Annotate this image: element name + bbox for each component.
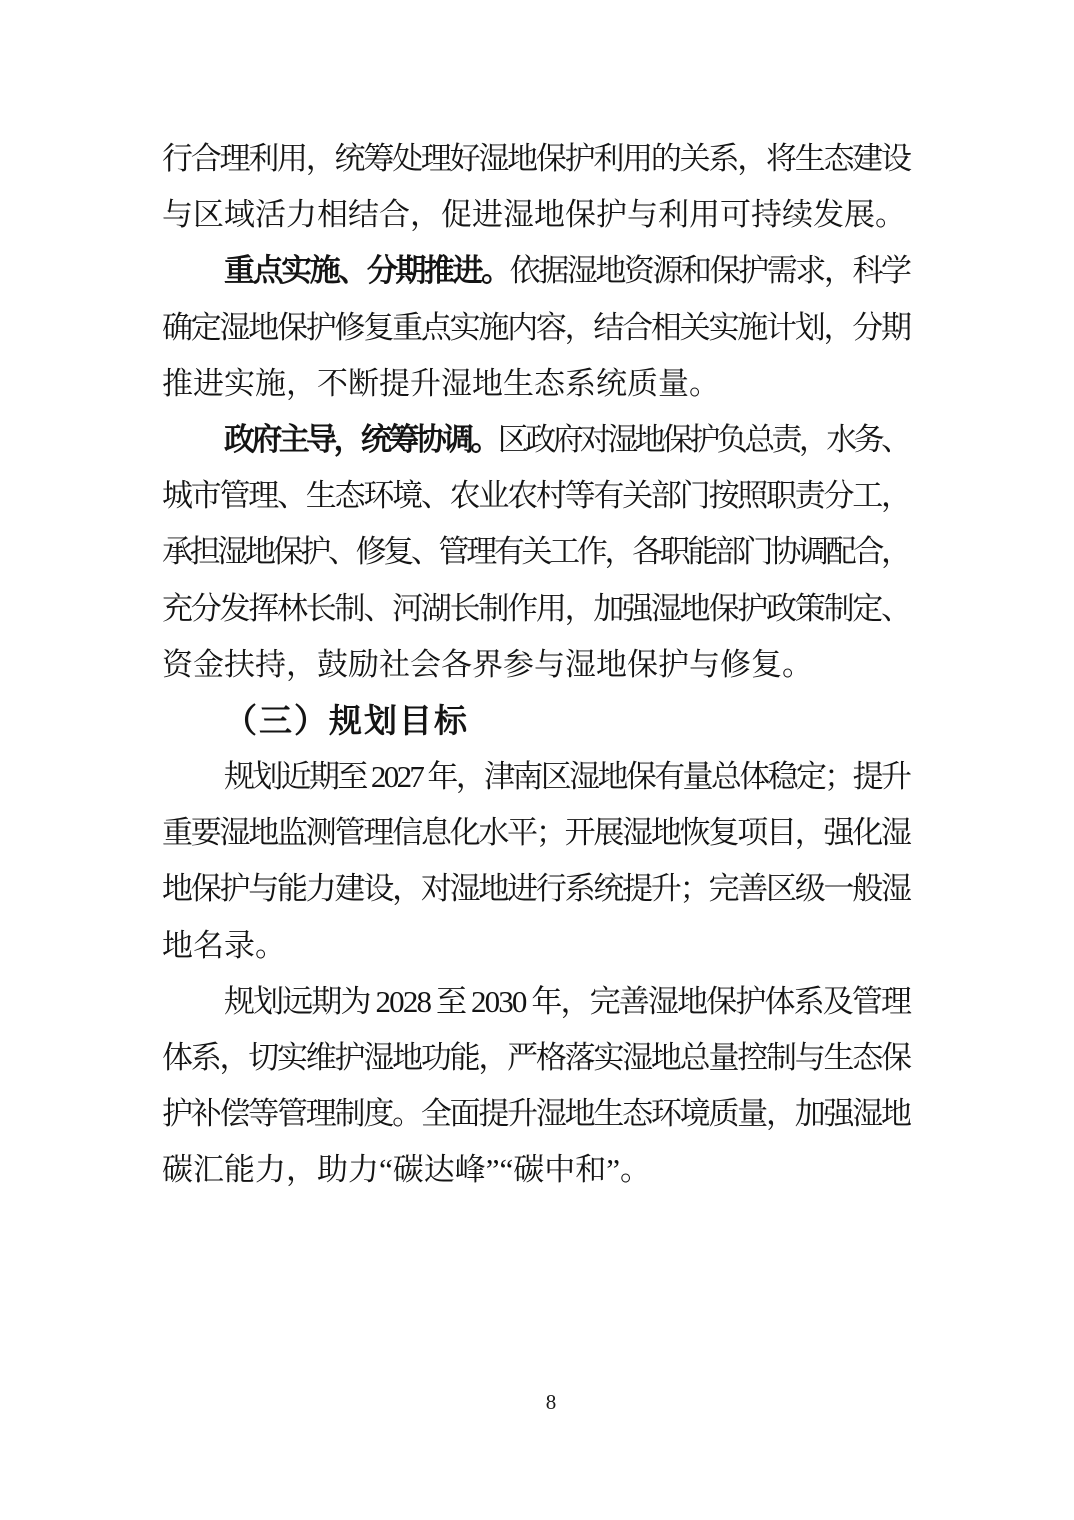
text-line: 重要湿地监测管理信息化水平；开展湿地恢复项目，强化湿 xyxy=(162,805,912,861)
text-line: 城市管理、生态环境、农业农村等有关部门按照职责分工， xyxy=(162,468,912,524)
body-text-segment: 体系，切实维护湿地功能，严格落实湿地总量控制与生态保 xyxy=(162,1040,910,1075)
line-text: 地名录。 xyxy=(162,928,286,963)
line-text: 规划远期为 2028 至 2030 年，完善湿地保护体系及管理 xyxy=(224,984,910,1019)
line-text: 城市管理、生态环境、农业农村等有关部门按照职责分工， xyxy=(162,478,910,513)
text-line: 充分发挥林长制、河湖长制作用，加强湿地保护政策制定、 xyxy=(162,581,912,637)
body-text-segment: 充分发挥林长制、河湖长制作用，加强湿地保护政策制定、 xyxy=(162,591,910,626)
body-text-segment: 护补偿等管理制度。全面提升湿地生态环境质量，加强湿地 xyxy=(162,1096,910,1131)
page-footer: 8 xyxy=(0,1390,1074,1415)
line-text: 护补偿等管理制度。全面提升湿地生态环境质量，加强湿地 xyxy=(162,1096,910,1131)
body-text-segment: 区政府对湿地保护负总责，水务、 xyxy=(498,422,909,457)
page-number: 8 xyxy=(546,1390,557,1415)
text-line: 地名录。 xyxy=(162,918,912,974)
text-line: 碳汇能力，助力“碳达峰”“碳中和”。 xyxy=(162,1142,912,1198)
document-page: 行合理利用，统筹处理好湿地保护利用的关系，将生态建设与区域活力相结合，促进湿地保… xyxy=(0,0,1074,1520)
body-text-segment: 地保护与能力建设，对湿地进行系统提升；完善区级一般湿 xyxy=(162,871,910,906)
text-line: 规划远期为 2028 至 2030 年，完善湿地保护体系及管理 xyxy=(162,974,912,1030)
text-line: 行合理利用，统筹处理好湿地保护利用的关系，将生态建设 xyxy=(162,131,912,187)
line-text: 规划近期至 2027 年，津南区湿地保有量总体稳定；提升 xyxy=(224,759,909,794)
text-line: 资金扶持，鼓励社会各界参与湿地保护与修复。 xyxy=(162,637,912,693)
line-text: 充分发挥林长制、河湖长制作用，加强湿地保护政策制定、 xyxy=(162,591,910,626)
line-text: 政府主导，统筹协调。区政府对湿地保护负总责，水务、 xyxy=(224,422,908,457)
body-text-segment: 与区域活力相结合，促进湿地保护与利用可持续发展。 xyxy=(162,197,906,232)
body-text-segment: 规划近期至 2027 年，津南区湿地保有量总体稳定；提升 xyxy=(224,759,909,794)
emphasis-text: 重点实施、分期推进。 xyxy=(224,253,510,288)
line-text: 碳汇能力，助力“碳达峰”“碳中和”。 xyxy=(162,1152,651,1187)
emphasis-text: （三）规划目标 xyxy=(224,702,469,739)
emphasis-text: 政府主导，统筹协调。 xyxy=(224,422,498,457)
body-text-segment: 确定湿地保护修复重点实施内容，结合相关实施计划，分期 xyxy=(162,310,910,345)
text-line: 承担湿地保护、修复、管理有关工作，各职能部门协调配合， xyxy=(162,524,912,580)
text-line: 重点实施、分期推进。依据湿地资源和保护需求，科学 xyxy=(162,243,912,299)
document-body: 行合理利用，统筹处理好湿地保护利用的关系，将生态建设与区域活力相结合，促进湿地保… xyxy=(162,131,912,1199)
body-text-segment: 重要湿地监测管理信息化水平；开展湿地恢复项目，强化湿 xyxy=(162,815,910,850)
section-heading: （三）规划目标 xyxy=(162,693,912,749)
line-text: 与区域活力相结合，促进湿地保护与利用可持续发展。 xyxy=(162,197,906,232)
body-text-segment: 碳汇能力，助力“碳达峰”“碳中和”。 xyxy=(162,1152,651,1187)
line-text: （三）规划目标 xyxy=(224,704,469,739)
text-line: 地保护与能力建设，对湿地进行系统提升；完善区级一般湿 xyxy=(162,861,912,917)
line-text: 重要湿地监测管理信息化水平；开展湿地恢复项目，强化湿 xyxy=(162,815,910,850)
line-text: 推进实施，不断提升湿地生态系统质量。 xyxy=(162,366,720,401)
text-line: 护补偿等管理制度。全面提升湿地生态环境质量，加强湿地 xyxy=(162,1086,912,1142)
line-text: 承担湿地保护、修复、管理有关工作，各职能部门协调配合， xyxy=(162,534,909,569)
body-text-segment: 依据湿地资源和保护需求，科学 xyxy=(510,253,910,288)
body-text-segment: 推进实施，不断提升湿地生态系统质量。 xyxy=(162,366,720,401)
line-text: 重点实施、分期推进。依据湿地资源和保护需求，科学 xyxy=(224,253,910,288)
text-line: 与区域活力相结合，促进湿地保护与利用可持续发展。 xyxy=(162,187,912,243)
body-text-segment: 承担湿地保护、修复、管理有关工作，各职能部门协调配合， xyxy=(162,534,909,569)
text-line: 推进实施，不断提升湿地生态系统质量。 xyxy=(162,356,912,412)
body-text-segment: 地名录。 xyxy=(162,928,286,963)
text-line: 体系，切实维护湿地功能，严格落实湿地总量控制与生态保 xyxy=(162,1030,912,1086)
line-text: 地保护与能力建设，对湿地进行系统提升；完善区级一般湿 xyxy=(162,871,910,906)
line-text: 行合理利用，统筹处理好湿地保护利用的关系，将生态建设 xyxy=(162,141,910,176)
body-text-segment: 规划远期为 2028 至 2030 年，完善湿地保护体系及管理 xyxy=(224,984,910,1019)
text-line: 政府主导，统筹协调。区政府对湿地保护负总责，水务、 xyxy=(162,412,912,468)
body-text-segment: 资金扶持，鼓励社会各界参与湿地保护与修复。 xyxy=(162,647,813,682)
line-text: 确定湿地保护修复重点实施内容，结合相关实施计划，分期 xyxy=(162,310,910,345)
body-text-segment: 城市管理、生态环境、农业农村等有关部门按照职责分工， xyxy=(162,478,910,513)
text-line: 规划近期至 2027 年，津南区湿地保有量总体稳定；提升 xyxy=(162,749,912,805)
body-text-segment: 行合理利用，统筹处理好湿地保护利用的关系，将生态建设 xyxy=(162,141,910,176)
line-text: 体系，切实维护湿地功能，严格落实湿地总量控制与生态保 xyxy=(162,1040,910,1075)
line-text: 资金扶持，鼓励社会各界参与湿地保护与修复。 xyxy=(162,647,813,682)
text-line: 确定湿地保护修复重点实施内容，结合相关实施计划，分期 xyxy=(162,300,912,356)
